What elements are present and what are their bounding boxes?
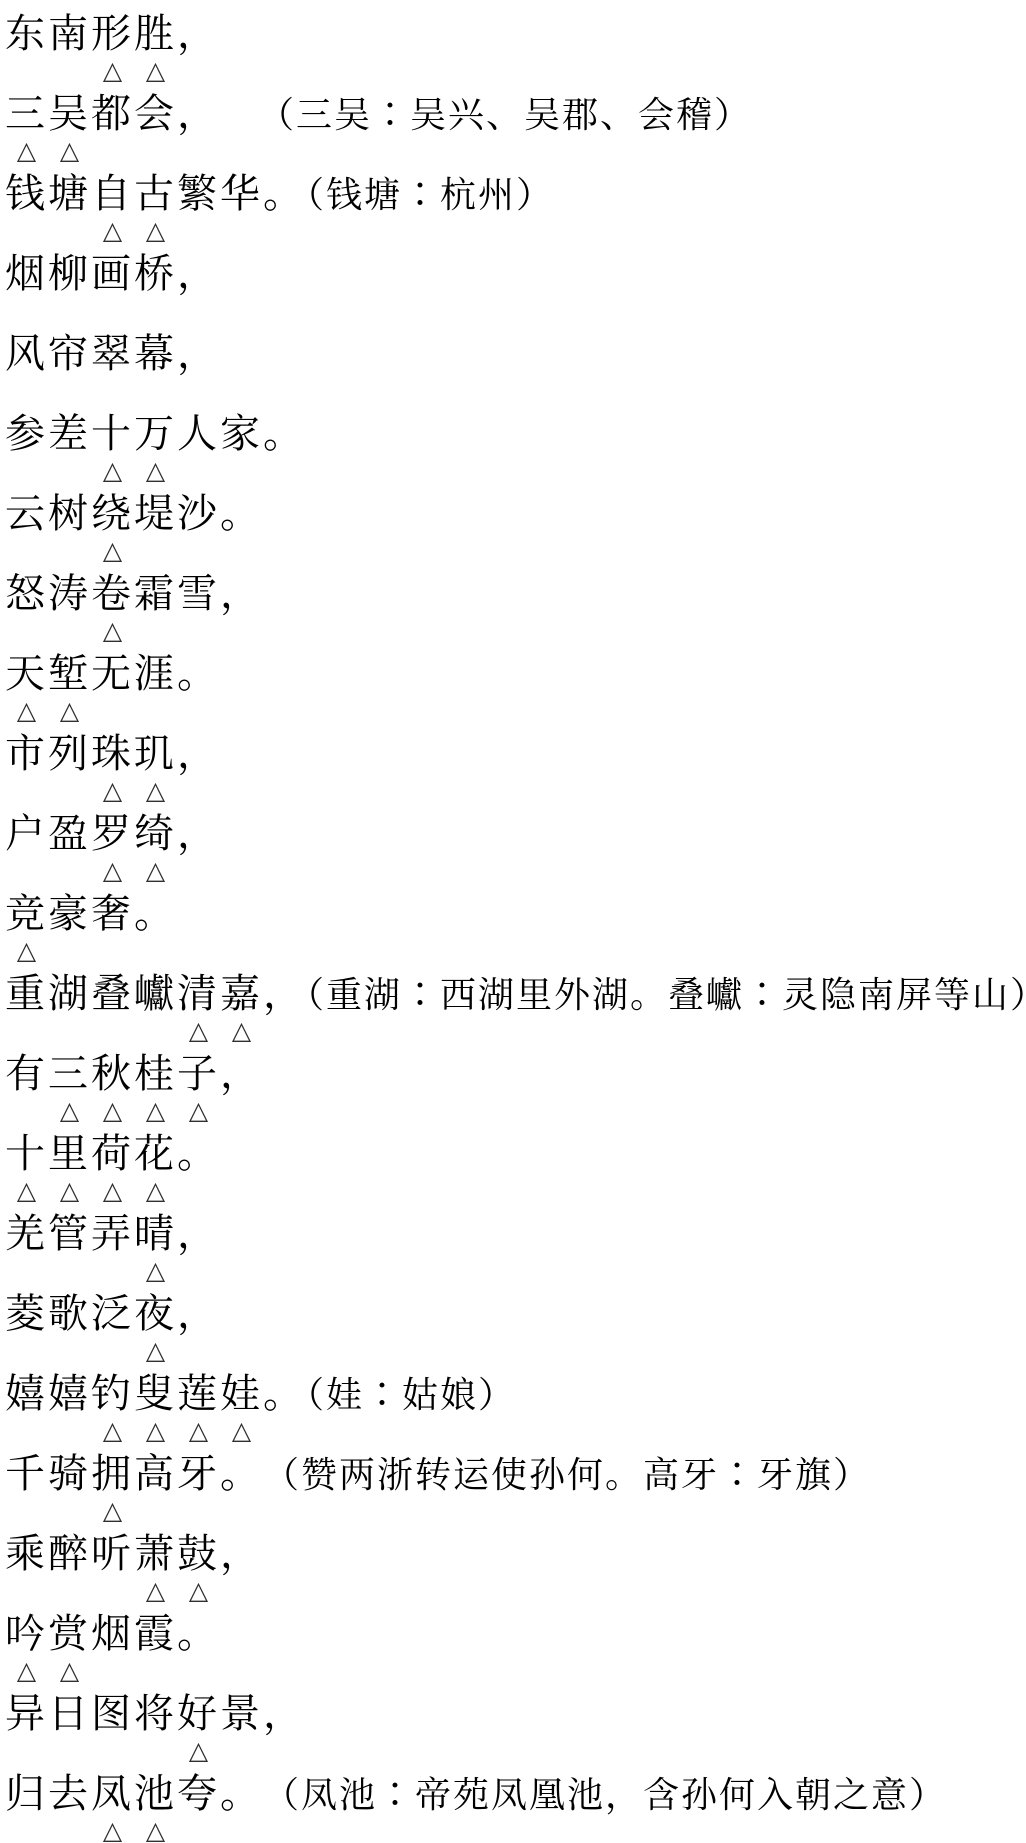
triangle-mark-icon: △ (134, 1178, 177, 1204)
poem-line: 参差十万人家。 △△ (5, 408, 1026, 488)
line-text: 天堑无涯。 (5, 651, 220, 696)
poem-line: 嬉嬉钓叟莲娃。（娃∶姑娘） △△△△ (5, 1368, 1026, 1448)
line-marks: △△ (5, 138, 1026, 166)
line-text: 三吴都会， (5, 91, 200, 136)
triangle-mark-icon: △ (134, 858, 177, 884)
triangle-mark-icon: △ (91, 1818, 134, 1843)
line-marks: △△ (5, 458, 1026, 486)
triangle-mark-icon: △ (91, 778, 134, 804)
triangle-mark-icon: △ (134, 1098, 177, 1124)
poem-line: 东南形胜， △△ (5, 8, 1026, 88)
line-text: 市列珠玑， (5, 731, 220, 776)
poem-line: 千骑拥高牙。 （赞两浙转运使孙何。高牙∶牙旗） △ (5, 1448, 1026, 1528)
triangle-mark-icon: △ (91, 1418, 134, 1444)
poem-body: 东南形胜， △△ 三吴都会， （三吴∶吴兴、吴郡、会稽） △△ 钱塘自古繁华。（… (5, 8, 1026, 1843)
line-text: 东南形胜， (5, 11, 220, 56)
line-text: 参差十万人家。 (5, 411, 306, 456)
line-marks: △△ (5, 1818, 1026, 1843)
line-text: 吟赏烟霞。 (5, 1611, 220, 1656)
triangle-mark-icon: △ (91, 58, 134, 84)
triangle-mark-icon: △ (48, 698, 91, 724)
triangle-mark-icon: △ (5, 938, 48, 964)
line-marks: △ (5, 618, 1026, 646)
line-comment: （钱塘∶杭州） (306, 175, 554, 215)
triangle-mark-icon: △ (91, 1178, 134, 1204)
line-comment: （凤池∶帝苑凤凰池，含孙何入朝之意） (243, 1775, 947, 1815)
triangle-mark-icon: △ (91, 538, 134, 564)
poem-line: 吟赏烟霞。 △△ (5, 1608, 1026, 1688)
line-text: 风帘翠幕， (5, 331, 220, 376)
triangle-mark-icon: △ (134, 1418, 177, 1444)
line-marks: △△ (5, 58, 1026, 86)
poem-line: 有三秋桂子， △△△△ (5, 1048, 1026, 1128)
poem-line: 市列珠玑， △△ (5, 728, 1026, 808)
triangle-mark-icon: △ (48, 1658, 91, 1684)
line-marks: △△△△ (5, 1178, 1026, 1206)
poem-line: 重湖叠巘清嘉，（重湖∶西湖里外湖。叠巘∶灵隐南屏等山） △△ (5, 968, 1026, 1048)
poem-line: 户盈罗绮， △△ (5, 808, 1026, 888)
poem-line: 菱歌泛夜， △ (5, 1288, 1026, 1368)
line-text: 怒涛卷霜雪， (5, 571, 263, 616)
triangle-mark-icon: △ (134, 58, 177, 84)
line-marks: △△△△ (5, 1418, 1026, 1446)
poem-line: 归去凤池夸。 （凤池∶帝苑凤凰池，含孙何入朝之意） △△ (5, 1768, 1026, 1843)
line-comment: （三吴∶吴兴、吴郡、会稽） (200, 95, 752, 135)
poem-line: 云树绕堤沙。 △ (5, 488, 1026, 568)
line-text: 千骑拥高牙。 (5, 1451, 243, 1496)
triangle-mark-icon: △ (177, 1018, 220, 1044)
poem-line: 怒涛卷霜雪， △ (5, 568, 1026, 648)
line-text: 十里荷花。 (5, 1131, 220, 1176)
triangle-mark-icon: △ (5, 1658, 48, 1684)
triangle-mark-icon: △ (91, 458, 134, 484)
line-marks: △ (5, 1258, 1026, 1286)
triangle-mark-icon: △ (177, 1578, 220, 1604)
triangle-mark-icon: △ (177, 1098, 220, 1124)
poem-line: 烟柳画桥， (5, 248, 1026, 328)
line-marks: △ (5, 538, 1026, 566)
line-text: 钱塘自古繁华。 (5, 171, 306, 216)
line-text: 嬉嬉钓叟莲娃。 (5, 1371, 306, 1416)
triangle-mark-icon: △ (177, 1738, 220, 1764)
line-comment: （重湖∶西湖里外湖。叠巘∶灵隐南屏等山） (306, 975, 1026, 1015)
poem-line: 钱塘自古繁华。（钱塘∶杭州） △△ (5, 168, 1026, 248)
line-text: 户盈罗绮， (5, 811, 220, 856)
poem-line: 天堑无涯。 △△ (5, 648, 1026, 728)
triangle-mark-icon: △ (177, 1418, 220, 1444)
line-marks (5, 298, 1026, 326)
triangle-mark-icon: △ (134, 778, 177, 804)
line-marks: △△ (5, 858, 1026, 886)
line-marks: △△ (5, 698, 1026, 726)
triangle-mark-icon: △ (134, 1258, 177, 1284)
line-text: 云树绕堤沙。 (5, 491, 263, 536)
triangle-mark-icon: △ (48, 1098, 91, 1124)
triangle-mark-icon: △ (220, 1018, 263, 1044)
line-text: 乘醉听萧鼓， (5, 1531, 263, 1576)
triangle-mark-icon: △ (134, 458, 177, 484)
triangle-mark-icon: △ (134, 218, 177, 244)
poem-line: 羌管弄晴， △ (5, 1208, 1026, 1288)
line-marks: △△ (5, 1658, 1026, 1686)
triangle-mark-icon: △ (5, 138, 48, 164)
line-marks: △ (5, 1338, 1026, 1366)
line-text: 烟柳画桥， (5, 251, 220, 296)
line-marks: △△ (5, 778, 1026, 806)
line-marks: △ (5, 1738, 1026, 1766)
line-marks: △ (5, 938, 1026, 966)
line-text: 菱歌泛夜， (5, 1291, 220, 1336)
line-text: 羌管弄晴， (5, 1211, 220, 1256)
triangle-mark-icon: △ (220, 1418, 263, 1444)
triangle-mark-icon: △ (5, 698, 48, 724)
triangle-mark-icon: △ (5, 1178, 48, 1204)
triangle-mark-icon: △ (91, 1498, 134, 1524)
line-marks (5, 378, 1026, 406)
line-text: 异日图将好景， (5, 1691, 306, 1736)
document-page: 东南形胜， △△ 三吴都会， （三吴∶吴兴、吴郡、会稽） △△ 钱塘自古繁华。（… (0, 0, 1026, 1843)
line-marks: △△△△ (5, 1098, 1026, 1126)
triangle-mark-icon: △ (91, 858, 134, 884)
triangle-mark-icon: △ (48, 138, 91, 164)
poem-line: 风帘翠幕， (5, 328, 1026, 408)
triangle-mark-icon: △ (91, 618, 134, 644)
triangle-mark-icon: △ (91, 218, 134, 244)
line-text: 有三秋桂子， (5, 1051, 263, 1096)
line-marks: △△ (5, 1578, 1026, 1606)
triangle-mark-icon: △ (91, 1098, 134, 1124)
poem-line: 三吴都会， （三吴∶吴兴、吴郡、会稽） △△ (5, 88, 1026, 168)
line-marks: △△ (5, 218, 1026, 246)
line-marks: △△ (5, 1018, 1026, 1046)
poem-line: 十里荷花。 △△△△ (5, 1128, 1026, 1208)
line-text: 重湖叠巘清嘉， (5, 971, 306, 1016)
poem-line: 异日图将好景， △ (5, 1688, 1026, 1768)
triangle-mark-icon: △ (134, 1818, 177, 1843)
triangle-mark-icon: △ (48, 1178, 91, 1204)
line-comment: （赞两浙转运使孙何。高牙∶牙旗） (243, 1455, 871, 1495)
line-comment: （娃∶姑娘） (306, 1375, 516, 1415)
line-text: 竞豪奢。 (5, 891, 177, 936)
triangle-mark-icon: △ (134, 1578, 177, 1604)
line-text: 归去凤池夸。 (5, 1771, 243, 1816)
line-marks: △ (5, 1498, 1026, 1526)
poem-line: 乘醉听萧鼓， △△ (5, 1528, 1026, 1608)
poem-line: 竞豪奢。 △ (5, 888, 1026, 968)
triangle-mark-icon: △ (134, 1338, 177, 1364)
